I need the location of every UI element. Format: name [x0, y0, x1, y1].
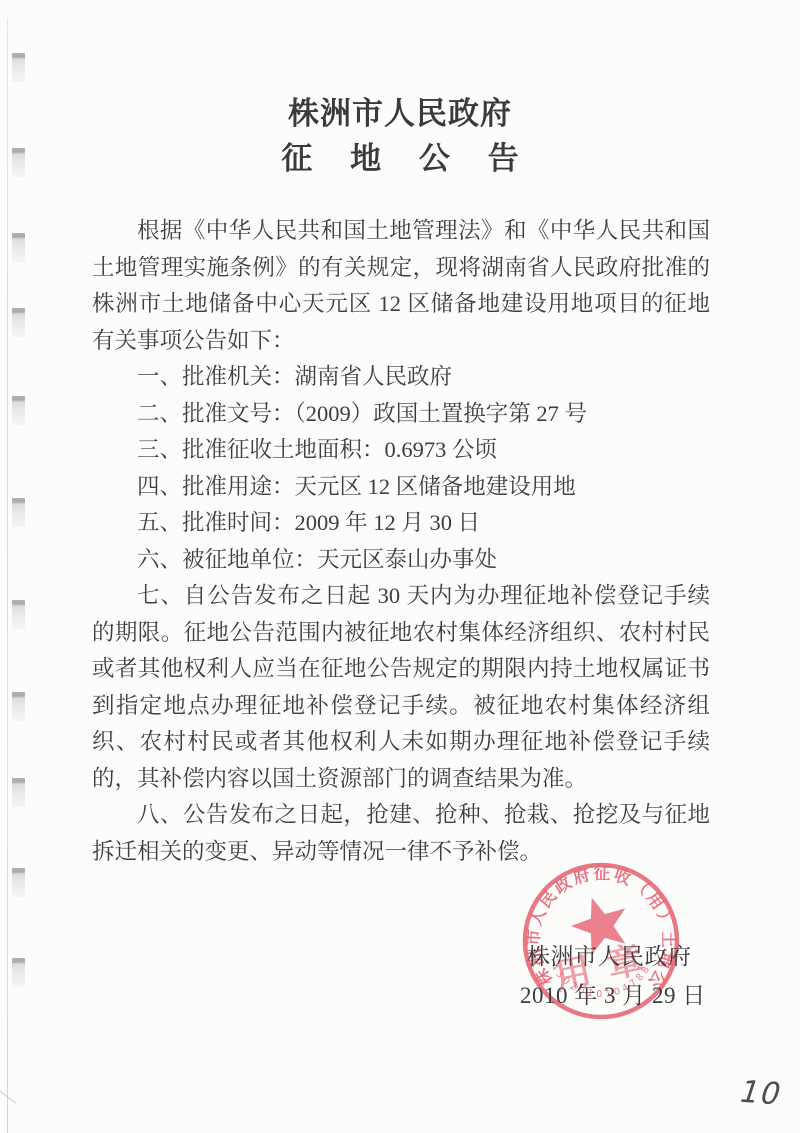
paragraph: 五、批准时间：2009 年 12 月 30 日	[92, 505, 710, 542]
paragraph: 六、被征地单位：天元区泰山办事处	[92, 542, 710, 579]
document-body: 根据《中华人民共和国土地管理法》和《中华人民共和国土地管理实施条例》的有关规定，…	[92, 213, 710, 870]
date-line: 2010 年 3 月 29 日	[520, 977, 706, 1010]
signature-line: 株洲市人民政府	[527, 938, 692, 971]
handwritten-page-number: 10	[735, 1075, 787, 1113]
scanned-document-page: 株洲市人民政府 征 地 公 告 根据《中华人民共和国土地管理法》和《中华人民共和…	[0, 0, 800, 1133]
binder-hole-mark	[12, 396, 25, 425]
binder-hole-mark	[12, 498, 25, 527]
paragraph: 七、自公告发布之日起 30 天内为办理征地补偿登记手续的期限。征地公告范围内被征…	[92, 578, 710, 797]
paragraph: 二、批准文号：（2009）政国土置换字第 27 号	[92, 396, 710, 433]
binder-hole-mark	[12, 778, 25, 807]
binder-hole-mark	[12, 53, 25, 82]
paragraph: 根据《中华人民共和国土地管理法》和《中华人民共和国土地管理实施条例》的有关规定，…	[92, 213, 710, 359]
binder-hole-mark	[12, 233, 25, 262]
paragraph: 一、批准机关：湖南省人民政府	[92, 359, 710, 396]
document-subtitle: 征 地 公 告	[0, 133, 800, 178]
binder-hole-mark	[12, 308, 25, 337]
binder-hole-mark	[12, 868, 25, 897]
document-title: 株洲市人民政府	[0, 88, 800, 133]
binder-hole-mark	[12, 600, 25, 629]
binder-hole-mark	[12, 958, 25, 987]
page-edge-shadow	[7, 18, 8, 1133]
paragraph: 四、批准用途：天元区 12 区储备地建设用地	[92, 469, 710, 506]
binder-hole-mark	[12, 692, 25, 721]
paragraph: 三、批准征收土地面积：0.6973 公顷	[92, 432, 710, 469]
